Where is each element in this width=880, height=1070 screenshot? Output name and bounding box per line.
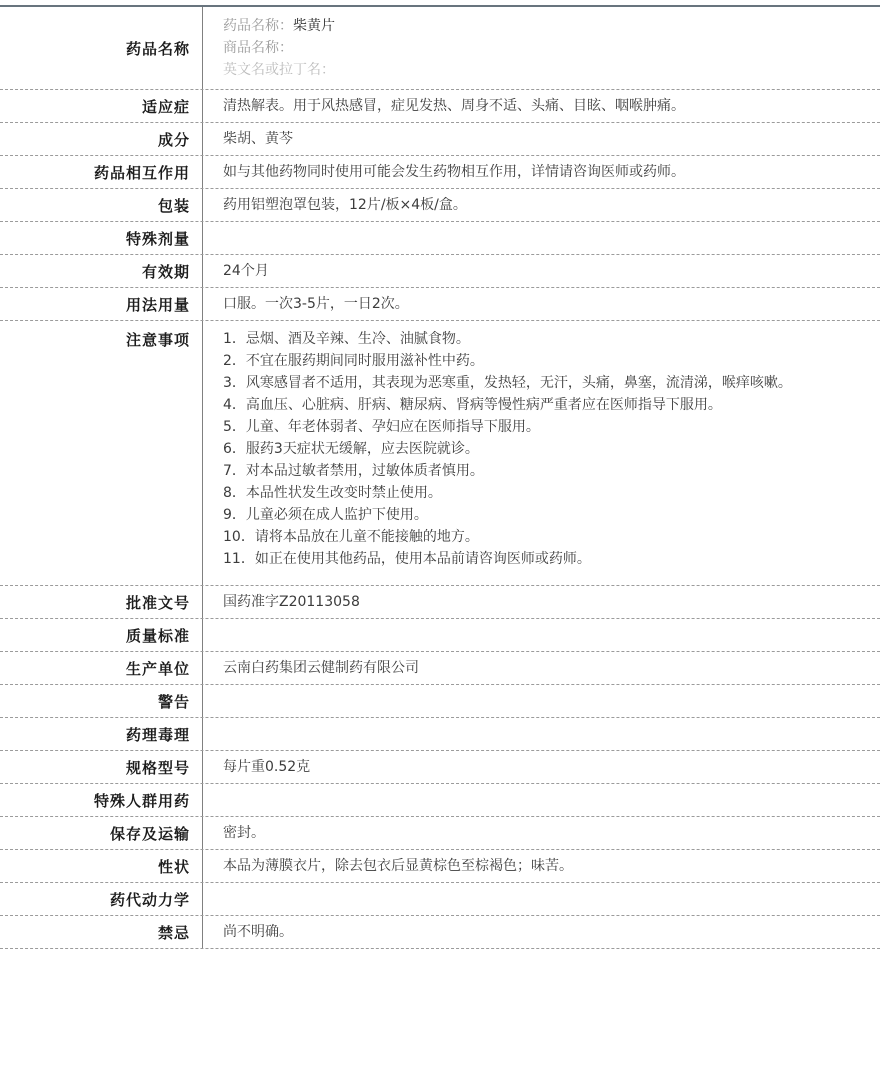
drug-name-line: 药品名称：柴黄片 bbox=[223, 15, 865, 37]
precaution-item: 1．忌烟、酒及辛辣、生冷、油腻食物。 bbox=[223, 328, 865, 350]
row-label-shelf-life: 有效期 bbox=[0, 255, 203, 287]
table-row-approval-number: 批准文号 国药准字Z20113058 bbox=[0, 586, 880, 619]
row-value-packaging: 药用铝塑泡罩包装，12片/板×4板/盒。 bbox=[203, 189, 880, 221]
row-value-description: 本品为薄膜衣片，除去包衣后显黄棕色至棕褐色；味苦。 bbox=[203, 850, 880, 882]
english-name-prefix: 英文名或拉丁名： bbox=[223, 62, 335, 78]
row-label-approval-number: 批准文号 bbox=[0, 586, 203, 618]
precaution-item: 6．服药3天症状无缓解，应去医院就诊。 bbox=[223, 438, 865, 460]
precaution-item: 4．高血压、心脏病、肝病、糖尿病、肾病等慢性病严重者应在医师指导下服用。 bbox=[223, 394, 865, 416]
table-row-drug-name: 药品名称 药品名称：柴黄片 商品名称： 英文名或拉丁名： bbox=[0, 7, 880, 90]
row-label-special-dosage: 特殊剂量 bbox=[0, 222, 203, 254]
row-value-manufacturer: 云南白药集团云健制药有限公司 bbox=[203, 652, 880, 684]
trade-name-line: 商品名称： bbox=[223, 37, 865, 59]
drug-name-value: 柴黄片 bbox=[293, 18, 335, 34]
row-value-special-dosage bbox=[203, 222, 880, 254]
row-value-warning bbox=[203, 685, 880, 717]
row-value-approval-number: 国药准字Z20113058 bbox=[203, 586, 880, 618]
row-label-interactions: 药品相互作用 bbox=[0, 156, 203, 188]
table-row-pharmacokinetics: 药代动力学 bbox=[0, 883, 880, 916]
row-value-storage: 密封。 bbox=[203, 817, 880, 849]
row-label-precautions: 注意事项 bbox=[0, 321, 203, 585]
precaution-item: 11．如正在使用其他药品，使用本品前请咨询医师或药师。 bbox=[223, 548, 865, 570]
table-row-contraindications: 禁忌 尚不明确。 bbox=[0, 916, 880, 949]
precaution-item: 5．儿童、年老体弱者、孕妇应在医师指导下服用。 bbox=[223, 416, 865, 438]
row-label-pharmacology: 药理毒理 bbox=[0, 718, 203, 750]
table-row-warning: 警告 bbox=[0, 685, 880, 718]
table-row-interactions: 药品相互作用 如与其他药物同时使用可能会发生药物相互作用，详情请咨询医师或药师。 bbox=[0, 156, 880, 189]
row-value-precautions: 1．忌烟、酒及辛辣、生冷、油腻食物。 2．不宜在服药期间同时服用滋补性中药。 3… bbox=[203, 321, 880, 585]
table-row-description: 性状 本品为薄膜衣片，除去包衣后显黄棕色至棕褐色；味苦。 bbox=[0, 850, 880, 883]
drug-name-prefix: 药品名称： bbox=[223, 18, 293, 34]
table-row-special-populations: 特殊人群用药 bbox=[0, 784, 880, 817]
row-value-contraindications: 尚不明确。 bbox=[203, 916, 880, 948]
table-row-packaging: 包装 药用铝塑泡罩包装，12片/板×4板/盒。 bbox=[0, 189, 880, 222]
row-label-usage-dosage: 用法用量 bbox=[0, 288, 203, 320]
precaution-item: 2．不宜在服药期间同时服用滋补性中药。 bbox=[223, 350, 865, 372]
precaution-item: 9．儿童必须在成人监护下使用。 bbox=[223, 504, 865, 526]
row-label-special-populations: 特殊人群用药 bbox=[0, 784, 203, 816]
drug-info-page: 药品名称 药品名称：柴黄片 商品名称： 英文名或拉丁名： 适应症 清热解表。用于… bbox=[0, 0, 880, 1070]
row-label-manufacturer: 生产单位 bbox=[0, 652, 203, 684]
table-row-storage: 保存及运输 密封。 bbox=[0, 817, 880, 850]
row-value-pharmacokinetics bbox=[203, 883, 880, 915]
drug-info-table: 药品名称 药品名称：柴黄片 商品名称： 英文名或拉丁名： 适应症 清热解表。用于… bbox=[0, 5, 880, 949]
english-name-line: 英文名或拉丁名： bbox=[223, 59, 865, 81]
trade-name-prefix: 商品名称： bbox=[223, 40, 293, 56]
table-row-quality-standard: 质量标准 bbox=[0, 619, 880, 652]
row-value-specification: 每片重0.52克 bbox=[203, 751, 880, 783]
table-row-specification: 规格型号 每片重0.52克 bbox=[0, 751, 880, 784]
row-value-pharmacology bbox=[203, 718, 880, 750]
table-row-usage-dosage: 用法用量 口服。一次3-5片，一日2次。 bbox=[0, 288, 880, 321]
row-label-quality-standard: 质量标准 bbox=[0, 619, 203, 651]
row-label-pharmacokinetics: 药代动力学 bbox=[0, 883, 203, 915]
precaution-item: 3．风寒感冒者不适用，其表现为恶寒重，发热轻，无汗，头痛，鼻塞，流清涕，喉痒咳嗽… bbox=[223, 372, 865, 394]
row-value-shelf-life: 24个月 bbox=[203, 255, 880, 287]
table-row-pharmacology: 药理毒理 bbox=[0, 718, 880, 751]
row-label-ingredients: 成分 bbox=[0, 123, 203, 155]
precaution-item: 8．本品性状发生改变时禁止使用。 bbox=[223, 482, 865, 504]
row-value-usage-dosage: 口服。一次3-5片，一日2次。 bbox=[203, 288, 880, 320]
row-label-contraindications: 禁忌 bbox=[0, 916, 203, 948]
row-label-storage: 保存及运输 bbox=[0, 817, 203, 849]
row-value-ingredients: 柴胡、黄芩 bbox=[203, 123, 880, 155]
row-label-description: 性状 bbox=[0, 850, 203, 882]
precaution-item: 7．对本品过敏者禁用，过敏体质者慎用。 bbox=[223, 460, 865, 482]
row-value-special-populations bbox=[203, 784, 880, 816]
row-value-quality-standard bbox=[203, 619, 880, 651]
table-row-shelf-life: 有效期 24个月 bbox=[0, 255, 880, 288]
row-value-drug-name: 药品名称：柴黄片 商品名称： 英文名或拉丁名： bbox=[203, 7, 880, 89]
row-label-packaging: 包装 bbox=[0, 189, 203, 221]
row-label-specification: 规格型号 bbox=[0, 751, 203, 783]
precaution-item: 10．请将本品放在儿童不能接触的地方。 bbox=[223, 526, 865, 548]
table-row-indications: 适应症 清热解表。用于风热感冒，症见发热、周身不适、头痛、目眩、咽喉肿痛。 bbox=[0, 90, 880, 123]
table-row-ingredients: 成分 柴胡、黄芩 bbox=[0, 123, 880, 156]
table-row-special-dosage: 特殊剂量 bbox=[0, 222, 880, 255]
row-label-warning: 警告 bbox=[0, 685, 203, 717]
row-value-indications: 清热解表。用于风热感冒，症见发热、周身不适、头痛、目眩、咽喉肿痛。 bbox=[203, 90, 880, 122]
table-row-precautions: 注意事项 1．忌烟、酒及辛辣、生冷、油腻食物。 2．不宜在服药期间同时服用滋补性… bbox=[0, 321, 880, 586]
table-row-manufacturer: 生产单位 云南白药集团云健制药有限公司 bbox=[0, 652, 880, 685]
row-label-drug-name: 药品名称 bbox=[0, 7, 203, 89]
row-label-indications: 适应症 bbox=[0, 90, 203, 122]
row-value-interactions: 如与其他药物同时使用可能会发生药物相互作用，详情请咨询医师或药师。 bbox=[203, 156, 880, 188]
